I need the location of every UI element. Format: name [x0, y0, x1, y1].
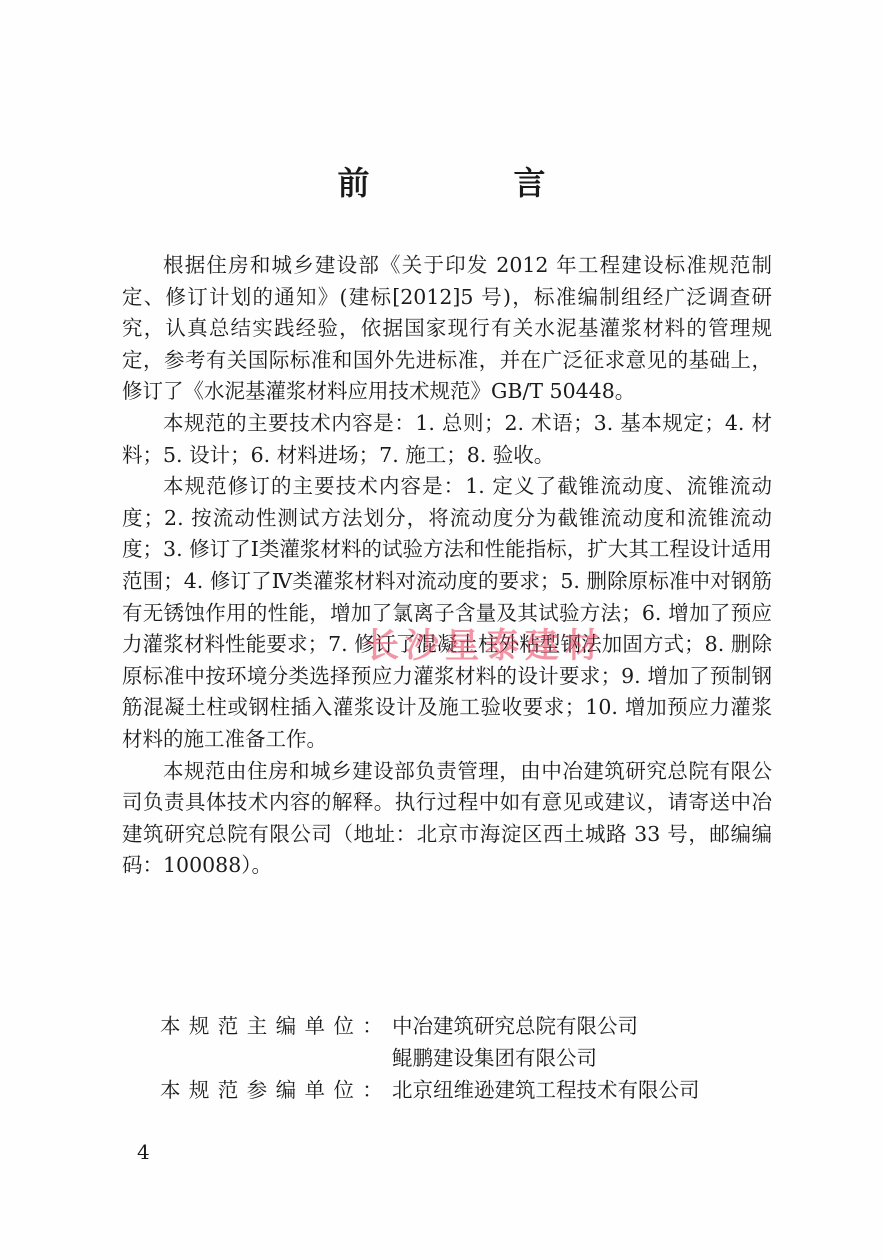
page-number: 4: [137, 1140, 150, 1164]
page-title: 前 言: [0, 158, 883, 204]
organizations-block: 本规范主编单位： 中冶建筑研究总院有限公司 鲲鹏建设集团有限公司 本规范参编单位…: [160, 1010, 700, 1106]
participating-unit: 北京纽维逊建筑工程技术有限公司: [392, 1074, 700, 1106]
participating-units: 本规范参编单位： 北京纽维逊建筑工程技术有限公司: [160, 1074, 700, 1106]
chief-unit: 鲲鹏建设集团有限公司: [392, 1042, 638, 1074]
preface-body: 根据住房和城乡建设部《关于印发 2012 年工程建设标准规范制定、修订计划的通知…: [122, 250, 772, 882]
participating-label: 本规范参编单位：: [160, 1074, 392, 1106]
paragraph-revision-basis: 根据住房和城乡建设部《关于印发 2012 年工程建设标准规范制定、修订计划的通知…: [122, 250, 772, 408]
paragraph-management: 本规范由住房和城乡建设部负责管理，由中冶建筑研究总院有限公司负责具体技术内容的解…: [122, 756, 772, 882]
paragraph-revision-contents: 本规范修订的主要技术内容是：1. 定义了截锥流动度、流锥流动度；2. 按流动性测…: [122, 471, 772, 755]
chief-editor-label: 本规范主编单位：: [160, 1010, 392, 1074]
chief-unit: 中冶建筑研究总院有限公司: [392, 1010, 638, 1042]
paragraph-main-contents: 本规范的主要技术内容是：1. 总则；2. 术语；3. 基本规定；4. 材料；5.…: [122, 408, 772, 471]
chief-editor-units: 本规范主编单位： 中冶建筑研究总院有限公司 鲲鹏建设集团有限公司: [160, 1010, 700, 1074]
